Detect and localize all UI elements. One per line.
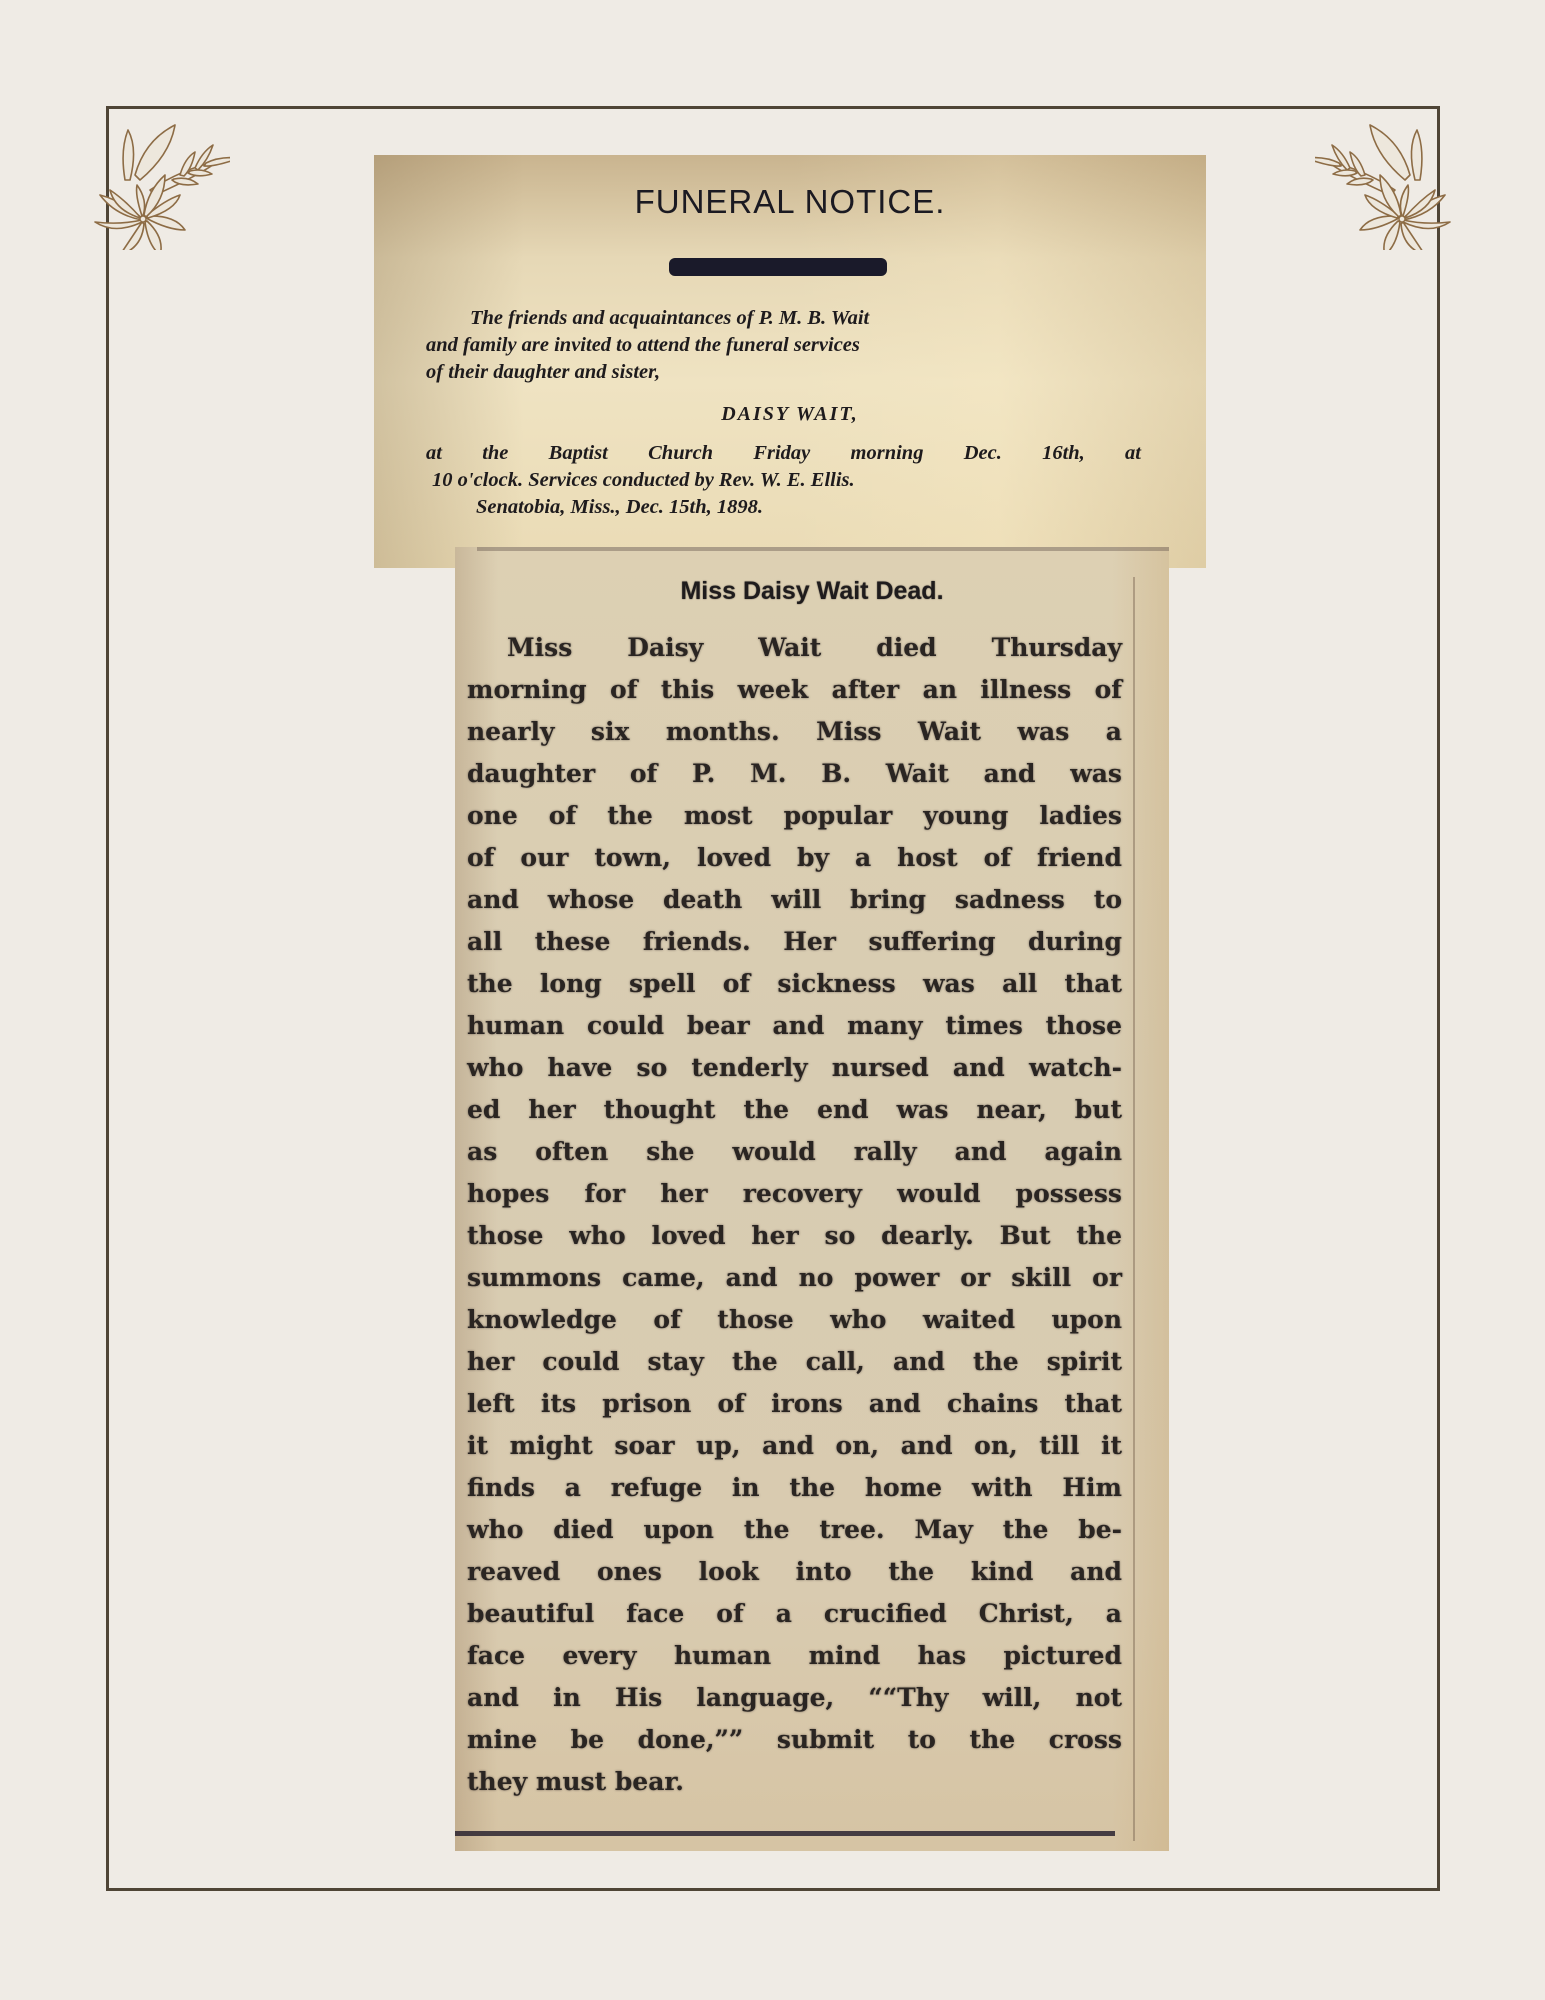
funeral-notice-clipping: FUNERAL NOTICE. The friends and acquaint… <box>374 155 1206 568</box>
article-line: daughter of P. M. B. Wait and was <box>467 753 1122 795</box>
article-line: Miss Daisy Wait died Thursday <box>467 627 1122 669</box>
article-line: left its prison of irons and chains that <box>467 1383 1122 1425</box>
article-line: face every human mind has pictured <box>467 1635 1122 1677</box>
article-line: who died upon the tree. May the be- <box>467 1509 1122 1551</box>
notice-details-line: at the Baptist Church Friday morning Dec… <box>426 440 1141 467</box>
notice-service-details: at the Baptist Church Friday morning Dec… <box>426 440 1141 521</box>
obituary-article-clipping: Miss Daisy Wait Dead. Miss Daisy Wait di… <box>455 547 1169 1851</box>
article-line: one of the most popular young ladies <box>467 795 1122 837</box>
article-headline: Miss Daisy Wait Dead. <box>455 577 1169 606</box>
notice-invitation-line: of their daughter and sister, <box>426 359 1136 386</box>
article-line: reaved ones look into the kind and <box>467 1551 1122 1593</box>
notice-divider-rule <box>669 258 887 276</box>
article-line: human could bear and many times those <box>467 1005 1122 1047</box>
article-line: nearly six months. Miss Wait was a <box>467 711 1122 753</box>
article-line: knowledge of those who waited upon <box>467 1299 1122 1341</box>
article-line: morning of this week after an illness of <box>467 669 1122 711</box>
article-line: ed her thought the end was near, but <box>467 1089 1122 1131</box>
article-line: mine be done,”” submit to the cross <box>467 1719 1122 1761</box>
article-line: and whose death will bring sadness to <box>467 879 1122 921</box>
article-body: Miss Daisy Wait died Thursdaymorning of … <box>467 627 1122 1803</box>
article-line: and in His language, ““Thy will, not <box>467 1677 1122 1719</box>
notice-deceased-name: DAISY WAIT, <box>374 403 1206 426</box>
article-line: the long spell of sickness was all that <box>467 963 1122 1005</box>
article-line: it might soar up, and on, and on, till i… <box>467 1425 1122 1467</box>
floral-ornament-icon <box>1315 100 1465 250</box>
article-line: hopes for her recovery would possess <box>467 1173 1122 1215</box>
article-line: those who loved her so dearly. But the <box>467 1215 1122 1257</box>
notice-title: FUNERAL NOTICE. <box>374 183 1206 221</box>
notice-invitation-line: The friends and acquaintances of P. M. B… <box>426 305 1136 332</box>
article-line: all these friends. Her suffering during <box>467 921 1122 963</box>
notice-dateline: Senatobia, Miss., Dec. 15th, 1898. <box>426 494 1141 521</box>
floral-ornament-icon <box>80 100 230 250</box>
notice-invitation-line: and family are invited to attend the fun… <box>426 332 1136 359</box>
article-line: her could stay the call, and the spirit <box>467 1341 1122 1383</box>
article-line: who have so tenderly nursed and watch- <box>467 1047 1122 1089</box>
article-end-rule <box>455 1831 1115 1836</box>
article-line: as often she would rally and again <box>467 1131 1122 1173</box>
notice-invitation: The friends and acquaintances of P. M. B… <box>426 305 1136 386</box>
article-line: summons came, and no power or skill or <box>467 1257 1122 1299</box>
article-line: finds a refuge in the home with Him <box>467 1467 1122 1509</box>
article-line: they must bear. <box>467 1761 1122 1803</box>
column-rule <box>1133 577 1135 1841</box>
notice-details-line: 10 o'clock. Services conducted by Rev. W… <box>426 467 1141 494</box>
article-line: of our town, loved by a host of friend <box>467 837 1122 879</box>
article-line: beautiful face of a crucified Christ, a <box>467 1593 1122 1635</box>
